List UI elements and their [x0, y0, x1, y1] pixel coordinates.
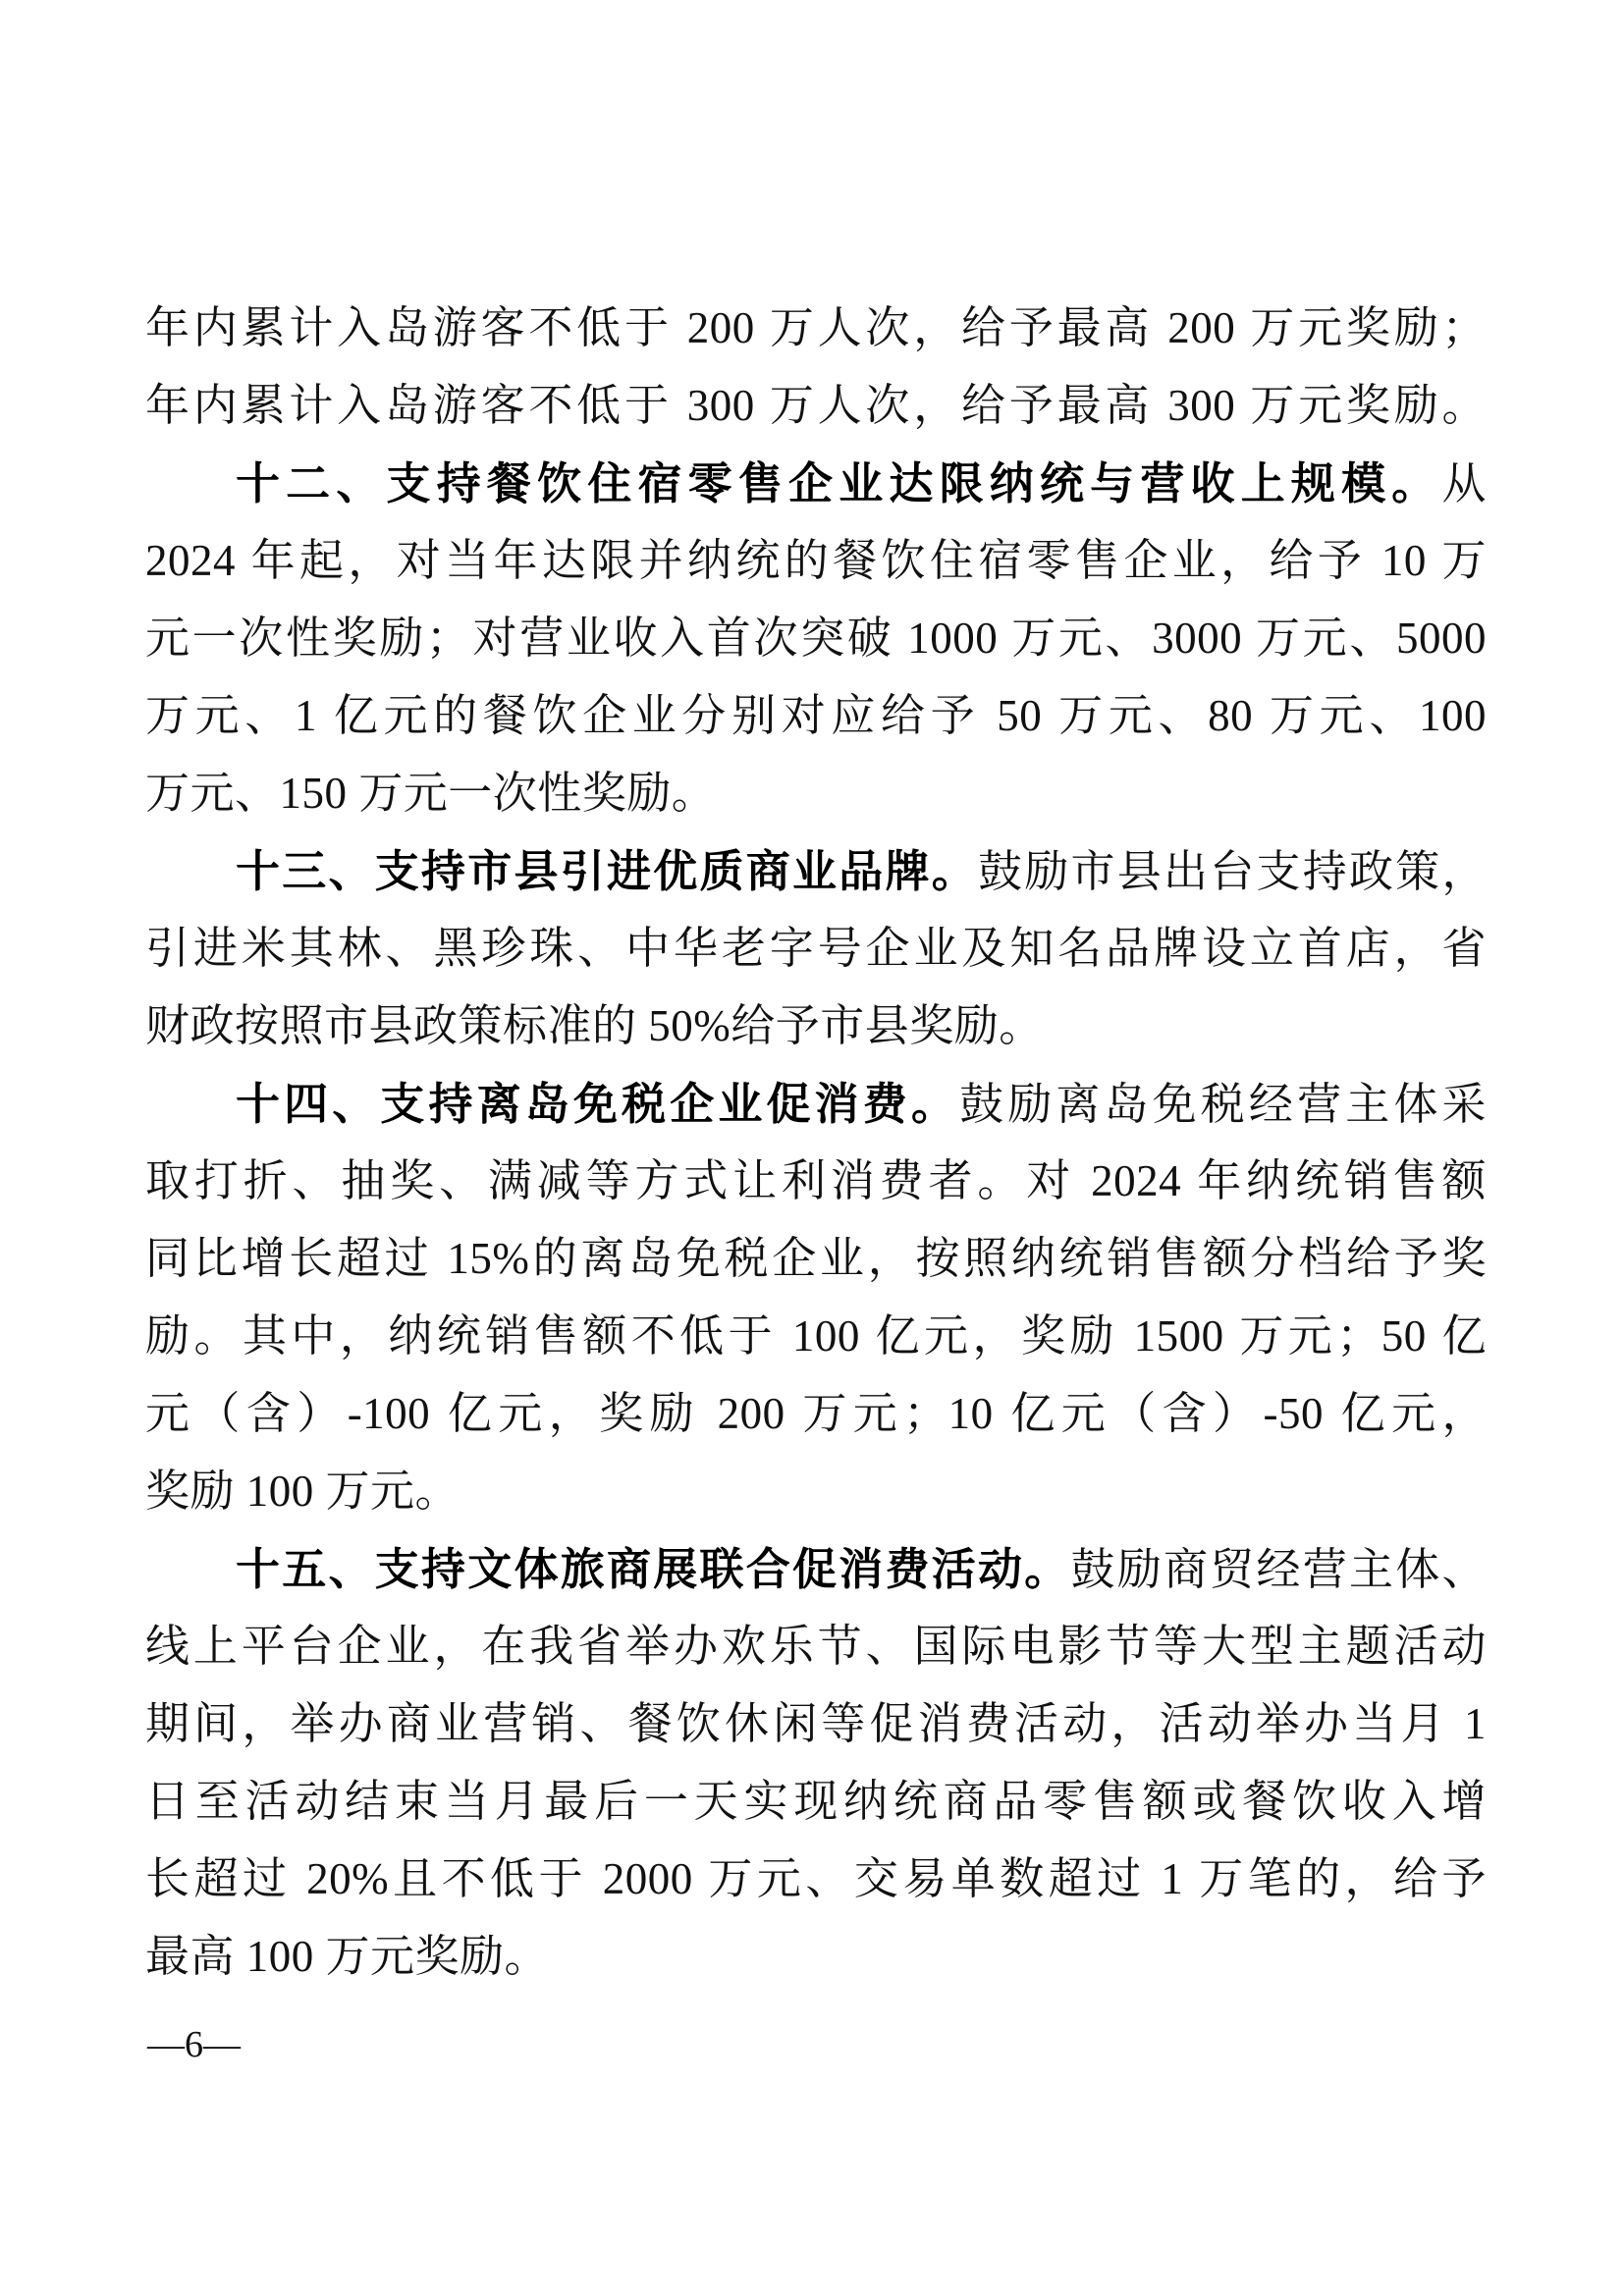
body-text: 引进米其林、黑珍珠、中华老字号企业及知名品牌设立首店，省 [145, 924, 1487, 973]
text-line: 十二、支持餐饮住宿零售企业达限纳统与营收上规模。从 [145, 445, 1487, 522]
text-line: 励。其中，纳统销售额不低于 100 亿元，奖励 1500 万元；50 亿 [145, 1298, 1487, 1375]
text-line: 年内累计入岛游客不低于 300 万人次，给予最高 300 万元奖励。 [145, 367, 1487, 445]
body-text: 线上平台企业，在我省举办欢乐节、国际电影节等大型主题活动 [145, 1622, 1487, 1671]
text-line: 2024 年起，对当年达限并纳统的餐饮住宿零售企业，给予 10 万 [145, 522, 1487, 600]
body-text: 财政按照市县政策标准的 50%给予市县奖励。 [145, 1001, 1044, 1050]
body-text: 鼓励市县出台支持政策， [978, 847, 1487, 896]
body-text: 鼓励离岛免税经营主体采 [959, 1080, 1487, 1129]
text-line: 十五、支持文体旅商展联合促消费活动。鼓励商贸经营主体、 [145, 1530, 1487, 1608]
text-line: 十四、支持离岛免税企业促消费。鼓励离岛免税经营主体采 [145, 1065, 1487, 1143]
body-text: 期间，举办商业营销、餐饮休闲等促消费活动，活动举办当月 1 [145, 1699, 1487, 1748]
text-line: 万元、1 亿元的餐饮企业分别对应给予 50 万元、80 万元、100 [145, 677, 1487, 755]
text-line: 最高 100 万元奖励。 [145, 1918, 1487, 1996]
text-line: 同比增长超过 15%的离岛免税企业，按照纳统销售额分档给予奖 [145, 1220, 1487, 1298]
section-heading-text: 十二、支持餐饮住宿零售企业达限纳统与营收上规模。 [236, 458, 1441, 508]
text-line: 线上平台企业，在我省举办欢乐节、国际电影节等大型主题活动 [145, 1608, 1487, 1685]
body-text: 元（含）-100 亿元，奖励 200 万元；10 亿元（含）-50 亿元， [145, 1389, 1487, 1438]
section-heading-text: 十三、支持市县引进优质商业品牌。 [236, 846, 978, 896]
body-text: 最高 100 万元奖励。 [145, 1932, 549, 1981]
body-text: 元一次性奖励；对营业收入首次突破 1000 万元、3000 万元、5000 [145, 614, 1487, 663]
section-heading-text: 十四、支持离岛免税企业促消费。 [236, 1079, 959, 1129]
body-text: 奖励 100 万元。 [145, 1467, 460, 1516]
document-page: 年内累计入岛游客不低于 200 万人次，给予最高 200 万元奖励；年内累计入岛… [0, 0, 1624, 2296]
body-text: 鼓励商贸经营主体、 [1070, 1545, 1487, 1594]
text-line: 日至活动结束当月最后一天实现纳统商品零售额或餐饮收入增 [145, 1763, 1487, 1841]
body-text: 万元、150 万元一次性奖励。 [145, 769, 716, 818]
body-text: 2024 年起，对当年达限并纳统的餐饮住宿零售企业，给予 10 万 [145, 536, 1487, 585]
section-heading-text: 十五、支持文体旅商展联合促消费活动。 [236, 1544, 1070, 1594]
body-text: 日至活动结束当月最后一天实现纳统商品零售额或餐饮收入增 [145, 1777, 1487, 1826]
text-line: 元一次性奖励；对营业收入首次突破 1000 万元、3000 万元、5000 [145, 600, 1487, 677]
text-line: 年内累计入岛游客不低于 200 万人次，给予最高 200 万元奖励； [145, 290, 1487, 367]
body-text: 励。其中，纳统销售额不低于 100 亿元，奖励 1500 万元；50 亿 [145, 1311, 1487, 1361]
body-text: 万元、1 亿元的餐饮企业分别对应给予 50 万元、80 万元、100 [145, 691, 1487, 740]
text-line: 奖励 100 万元。 [145, 1453, 1487, 1530]
body-text: 年内累计入岛游客不低于 300 万人次，给予最高 300 万元奖励。 [145, 381, 1487, 430]
text-line: 十三、支持市县引进优质商业品牌。鼓励市县出台支持政策， [145, 832, 1487, 910]
body-text: 年内累计入岛游客不低于 200 万人次，给予最高 200 万元奖励； [145, 303, 1487, 352]
text-line: 财政按照市县政策标准的 50%给予市县奖励。 [145, 988, 1487, 1065]
text-line: 元（含）-100 亿元，奖励 200 万元；10 亿元（含）-50 亿元， [145, 1375, 1487, 1453]
text-line: 引进米其林、黑珍珠、中华老字号企业及知名品牌设立首店，省 [145, 910, 1487, 988]
text-line: 期间，举办商业营销、餐饮休闲等促消费活动，活动举办当月 1 [145, 1685, 1487, 1763]
document-body: 年内累计入岛游客不低于 200 万人次，给予最高 200 万元奖励；年内累计入岛… [145, 290, 1487, 1996]
body-text: 长超过 20%且不低于 2000 万元、交易单数超过 1 万笔的，给予 [145, 1854, 1487, 1903]
text-line: 取打折、抽奖、满减等方式让利消费者。对 2024 年纳统销售额 [145, 1143, 1487, 1220]
text-line: 长超过 20%且不低于 2000 万元、交易单数超过 1 万笔的，给予 [145, 1841, 1487, 1918]
page-number: —6— [147, 2020, 241, 2069]
body-text: 从 [1441, 459, 1487, 508]
body-text: 取打折、抽奖、满减等方式让利消费者。对 2024 年纳统销售额 [145, 1156, 1487, 1205]
body-text: 同比增长超过 15%的离岛免税企业，按照纳统销售额分档给予奖 [145, 1234, 1487, 1283]
text-line: 万元、150 万元一次性奖励。 [145, 755, 1487, 832]
